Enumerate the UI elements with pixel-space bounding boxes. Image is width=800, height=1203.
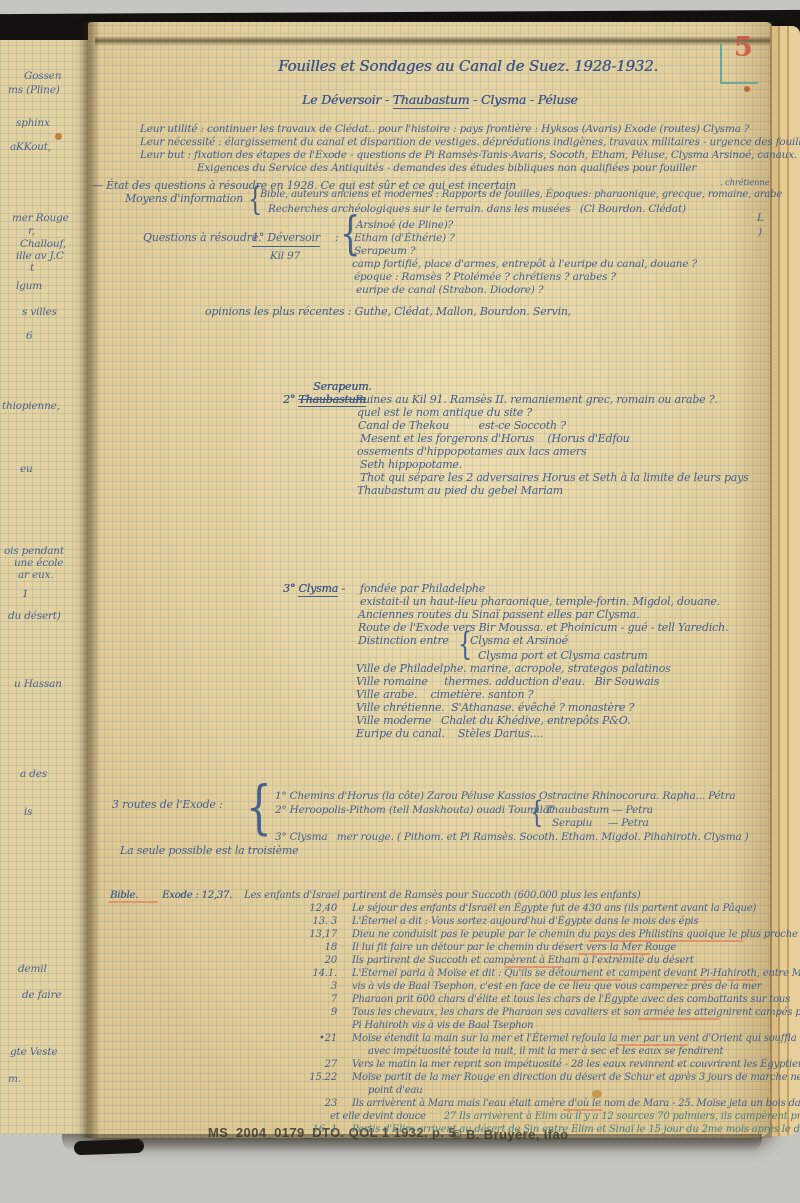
margin-fragment: 1 (22, 588, 28, 600)
manuscript-line: Leur but : fixation des étapes de l'Exod… (140, 149, 797, 161)
manuscript-line: 18Il lui fit faire un détour par le chem… (285, 942, 676, 954)
manuscript-line: Leur utilité : continuer les travaux de … (140, 123, 749, 135)
manuscript-line: 2° Thaubastum (283, 394, 366, 407)
margin-fragment: Challouf, (20, 238, 66, 250)
margin-fragment: de faire (22, 989, 61, 1001)
margin-fragment: ar eux. (18, 569, 53, 581)
manuscript-line: 3° Clysma - (283, 583, 345, 596)
manuscript-line: 7Pharaon prit 600 chars d'élite et tous … (285, 994, 790, 1006)
manuscript-text-segment: •21 (285, 1033, 337, 1045)
manuscript-line: et elle devint douce 27 Ils arrivèrent à… (330, 1111, 800, 1123)
manuscript-text-segment: 20 (285, 955, 337, 967)
manuscript-line: Ville romaine thermes. adduction d'eau. … (356, 676, 659, 689)
margin-fragment: ois pendant (4, 545, 64, 557)
manuscript-line: Anciennes routes du Sinaï passent elles … (358, 609, 639, 622)
manuscript-line: fondée par Philadelphe (360, 583, 485, 596)
manuscript-text-segment: 14.1. (285, 968, 337, 980)
manuscript-line: 23Ils arrivèrent à Mara mais l'eau était… (285, 1098, 800, 1110)
manuscript-line: Bible, auteurs anciens et modernes : Rap… (260, 189, 782, 201)
manuscript-text-segment: 18 (285, 942, 337, 954)
manuscript-text-segment: 15.22 (285, 1072, 337, 1084)
manuscript-text-segment: 2° (283, 393, 298, 406)
brace-mark: { (246, 780, 272, 835)
manuscript-text-segment: vis à vis de Baal Tsephon, c'est en face… (352, 981, 761, 992)
manuscript-line: Distinction entre (358, 635, 449, 648)
margin-fragment: gte Veste (10, 1046, 57, 1058)
emphasis-underline-stroke (727, 979, 757, 981)
manuscript-text-segment: Pharaon prit 600 chars d'élite et tous l… (352, 994, 790, 1005)
manuscript-line: Clysma port et Clysma castrum (478, 650, 648, 663)
manuscript-line: Clysma et Arsinoé (470, 635, 568, 648)
margin-fragment: ) (758, 226, 762, 238)
emphasis-underline-stroke (505, 966, 563, 968)
scanned-notebook-page: 5 MS_2004_0179_DTO. QOL 1 1932. p. 5 © B… (0, 0, 800, 1203)
manuscript-text-segment: Ils arrivèrent à Mara mais l'eau était a… (352, 1098, 800, 1109)
margin-fragment: is (24, 806, 32, 818)
manuscript-text-segment: 7 (285, 994, 337, 1006)
manuscript-text-segment: 23 (285, 1098, 337, 1110)
manuscript-text-segment: Moïse partit de la mer Rouge en directio… (352, 1072, 800, 1083)
manuscript-text-segment: 13,17 (285, 929, 337, 941)
manuscript-line: Etham (d'Éthérie) ? (354, 232, 455, 244)
margin-fragment: demil (18, 963, 47, 975)
manuscript-line: . chrétienne (720, 179, 769, 189)
manuscript-text-segment: 9 (285, 1007, 337, 1019)
manuscript-line: Thaubastum au pied du gebel Mariam (357, 485, 563, 498)
manuscript-line: Canal de Thekou est-ce Soccoth ? (358, 420, 566, 433)
manuscript-line: 27Vers le matin la mer reprit son impétu… (285, 1059, 800, 1071)
manuscript-text-segment: Vers le matin la mer reprit son impétuos… (352, 1059, 800, 1070)
manuscript-line: Seth hippopotame. (360, 459, 462, 472)
emphasis-underline-stroke (588, 940, 743, 942)
margin-fragment: 6 (26, 330, 32, 342)
manuscript-text-segment: 13. 3 (285, 916, 337, 928)
margin-fragment: thiopienne, (2, 400, 60, 412)
manuscript-line: quel est le nom antique du site ? (357, 407, 532, 420)
manuscript-line: Serapeum ? (354, 245, 415, 257)
manuscript-line: 20Ils partirent de Succoth et campèrent … (285, 955, 694, 967)
manuscript-line: Ville chrétienne. S'Athanase. évêché ? m… (356, 702, 634, 715)
margin-fragment: L (757, 212, 764, 224)
page-title: Fouilles et Sondages au Canal de Suez. 1… (278, 58, 658, 75)
manuscript-line: Recherches archéologiques sur le terrain… (268, 203, 686, 215)
manuscript-text-segment: Le Déversoir - (302, 92, 393, 107)
manuscript-line: Euripe du canal. Stèles Darius.... (356, 728, 543, 741)
manuscript-text-segment: Exode : 12,37. (162, 890, 232, 901)
manuscript-line: Thaubastum — Petra (545, 804, 653, 816)
manuscript-line: Pi Hahiroth vis à vis de Baal Tsephon (352, 1020, 533, 1032)
manuscript-text-segment: Moïse étendit la main sur la mer et l'Ét… (352, 1033, 797, 1044)
manuscript-line: Kil 97 (270, 250, 300, 262)
brace-mark: { (530, 799, 543, 828)
manuscript-line: euripe de canal (Strabon. Diodore) ? (356, 284, 543, 296)
manuscript-line: 1° Chemins d'Horus (la côte) Zarou Pélus… (275, 790, 735, 802)
manuscript-text-segment: - (338, 582, 345, 595)
manuscript-text-segment: Bible. (110, 890, 138, 901)
manuscript-line: Mesent et les forgerons d'Horus (Horus d… (360, 433, 630, 446)
manuscript-line: Arsinoé (de Pline)? (356, 219, 453, 231)
emphasis-underline-stroke (686, 979, 722, 981)
manuscript-text-segment: Le séjour des enfants d'Israël en Égypte… (352, 903, 756, 914)
manuscript-line: ossements d'hippopotames aux lacs amers (357, 446, 586, 459)
page-subtitle: Le Déversoir - Thaubastum - Clysma - Pél… (302, 93, 578, 107)
margin-fragment: r, (28, 225, 35, 237)
manuscript-text-segment: 3° (283, 582, 298, 595)
margin-fragment: s villes (22, 306, 57, 318)
manuscript-line: Serapeum. (313, 381, 372, 394)
manuscript-line: Moyens d'information (125, 193, 243, 206)
manuscript-line: 3vis à vis de Baal Tsephon, c'est en fac… (285, 981, 761, 993)
manuscript-line: Ville moderne Chalet du Khédive, entrepô… (356, 715, 630, 728)
emphasis-underline-stroke (560, 979, 622, 981)
manuscript-line: : (335, 232, 339, 245)
manuscript-text-segment: Ils partirent de Succoth et campèrent à … (352, 955, 694, 966)
manuscript-line: Ville arabe. cimetière. santon ? (356, 689, 533, 702)
margin-fragment: ms (Pline) (8, 84, 60, 96)
manuscript-line: 15.22Moïse partit de la mer Rouge en dir… (285, 1072, 800, 1084)
margin-fragment: mer Rouge (12, 212, 69, 224)
manuscript-line: point d'eau (368, 1085, 423, 1097)
manuscript-line: •21Moïse étendit la main sur la mer et l… (285, 1033, 797, 1045)
manuscript-line: 1° Déversoir (252, 232, 320, 247)
paper-stain (592, 1090, 602, 1098)
paper-stain (55, 133, 62, 140)
manuscript-text-segment: Il lui fit faire un détour par le chemin… (352, 942, 676, 953)
margin-fragment: eu (20, 463, 33, 475)
manuscript-line: Thot qui sépare les 2 adversaires Horus … (360, 472, 749, 485)
emphasis-underline-stroke (578, 953, 650, 955)
manuscript-line: 16. 1Partis d'Elim arrivent au désert de… (285, 1124, 800, 1136)
manuscript-line: Ruines au Kil 91. Ramsès II. remaniement… (355, 394, 718, 407)
manuscript-text-segment: Thaubastum (393, 92, 470, 109)
margin-fragment: aKKout, (10, 141, 51, 153)
margin-fragment: t (30, 262, 34, 274)
manuscript-line: existait-il un haut-lieu pharaonique, te… (360, 596, 720, 609)
manuscript-text-segment: Dieu ne conduisit pas le peuple par le c… (352, 929, 798, 940)
manuscript-text-segment: Clysma (298, 582, 338, 597)
manuscript-line: 9Tous les chevaux, les chars de Pharaon … (285, 1007, 800, 1019)
manuscript-line: 14.1.L'Éternel parla à Moïse et dit : Qu… (285, 968, 800, 980)
manuscript-line: opinions les plus récentes : Guthe, Cléd… (205, 306, 571, 319)
emphasis-underline-stroke (616, 1044, 688, 1046)
manuscript-text-segment: 27 Ils arrivèrent à Elim où il y a 12 so… (426, 1111, 800, 1122)
manuscript-line: 13. 3L'Éternel a dit : Vous sortez aujou… (285, 916, 699, 928)
manuscript-line: Route de l'Exode vers Bir Moussa. et Pho… (358, 622, 728, 635)
margin-fragment: lgum (16, 280, 42, 292)
margin-fragment: du désert) (8, 610, 61, 622)
manuscript-text-segment: Les enfants d'Israel partirent de Ramsès… (244, 890, 640, 901)
manuscript-text-segment: L'Éternel a dit : Vous sortez aujourd'hu… (352, 916, 699, 927)
manuscript-text-segment: 12,40 (285, 903, 337, 915)
margin-fragment: m. (8, 1073, 21, 1085)
manuscript-text-segment: 27 (285, 1059, 337, 1071)
manuscript-line: 13,17Dieu ne conduisit pas le peuple par… (285, 929, 798, 941)
manuscript-line: 2° Heroopolis-Pithom (tell Maskhouta) ou… (275, 804, 553, 816)
manuscript-text-segment: 16. 1 (285, 1124, 337, 1136)
manuscript-line: époque : Ramsès ? Ptolémée ? chrétiens ?… (354, 271, 616, 283)
manuscript-text-segment: - Clysma - Péluse (469, 92, 577, 107)
manuscript-line: Questions à résoudre. (143, 232, 261, 245)
emphasis-underline-stroke (108, 901, 158, 903)
manuscript-text-segment: Tous les chevaux, les chars de Pharaon s… (352, 1007, 800, 1018)
margin-fragment: a des (20, 768, 47, 780)
manuscript-line: 3° Clysma mer rouge. ( Pithom. et Pi Ram… (275, 831, 749, 843)
emphasis-underline-stroke (563, 1109, 603, 1111)
page-number: 5 (734, 34, 752, 61)
manuscript-text-segment: Partis d'Elim arrivent au désert de Sin … (352, 1124, 800, 1135)
manuscript-line: Bible.Exode : 12,37.Les enfants d'Israel… (110, 890, 640, 902)
manuscript-line: Leur nécessité : élargissement du canal … (140, 136, 800, 148)
manuscript-line: Ville de Philadelphe. marine, acropole, … (356, 663, 671, 676)
manuscript-text-segment: 3 (285, 981, 337, 993)
paper-stain (744, 86, 750, 92)
margin-fragment: ille av J.C (16, 250, 64, 262)
manuscript-line: camp fortifié, place d'armes, entrepôt à… (352, 258, 697, 270)
emphasis-underline-stroke (638, 1018, 720, 1020)
manuscript-text-segment: L'Éternel parla à Moïse et dit : Qu'ils … (352, 968, 800, 979)
manuscript-text-segment: et elle devint douce (330, 1111, 426, 1122)
manuscript-content-layer: 5 MS_2004_0179_DTO. QOL 1 1932. p. 5 © B… (0, 0, 800, 1203)
manuscript-line: 12,40Le séjour des enfants d'Israël en É… (285, 903, 756, 915)
margin-fragment: une école (14, 557, 63, 569)
margin-fragment: u Hassan (14, 678, 62, 690)
margin-fragment: Gossen (24, 70, 61, 82)
manuscript-line: Serapiu — Petra (552, 817, 649, 829)
manuscript-line: Exigences du Service des Antiquités - de… (197, 162, 696, 174)
margin-fragment: sphinx (16, 117, 50, 129)
manuscript-line: avec impétuosité toute la nuit, il mit l… (368, 1046, 723, 1058)
manuscript-line: 3 routes de l'Exode : (112, 799, 223, 812)
manuscript-line: La seule possible est la troisième (120, 845, 298, 858)
